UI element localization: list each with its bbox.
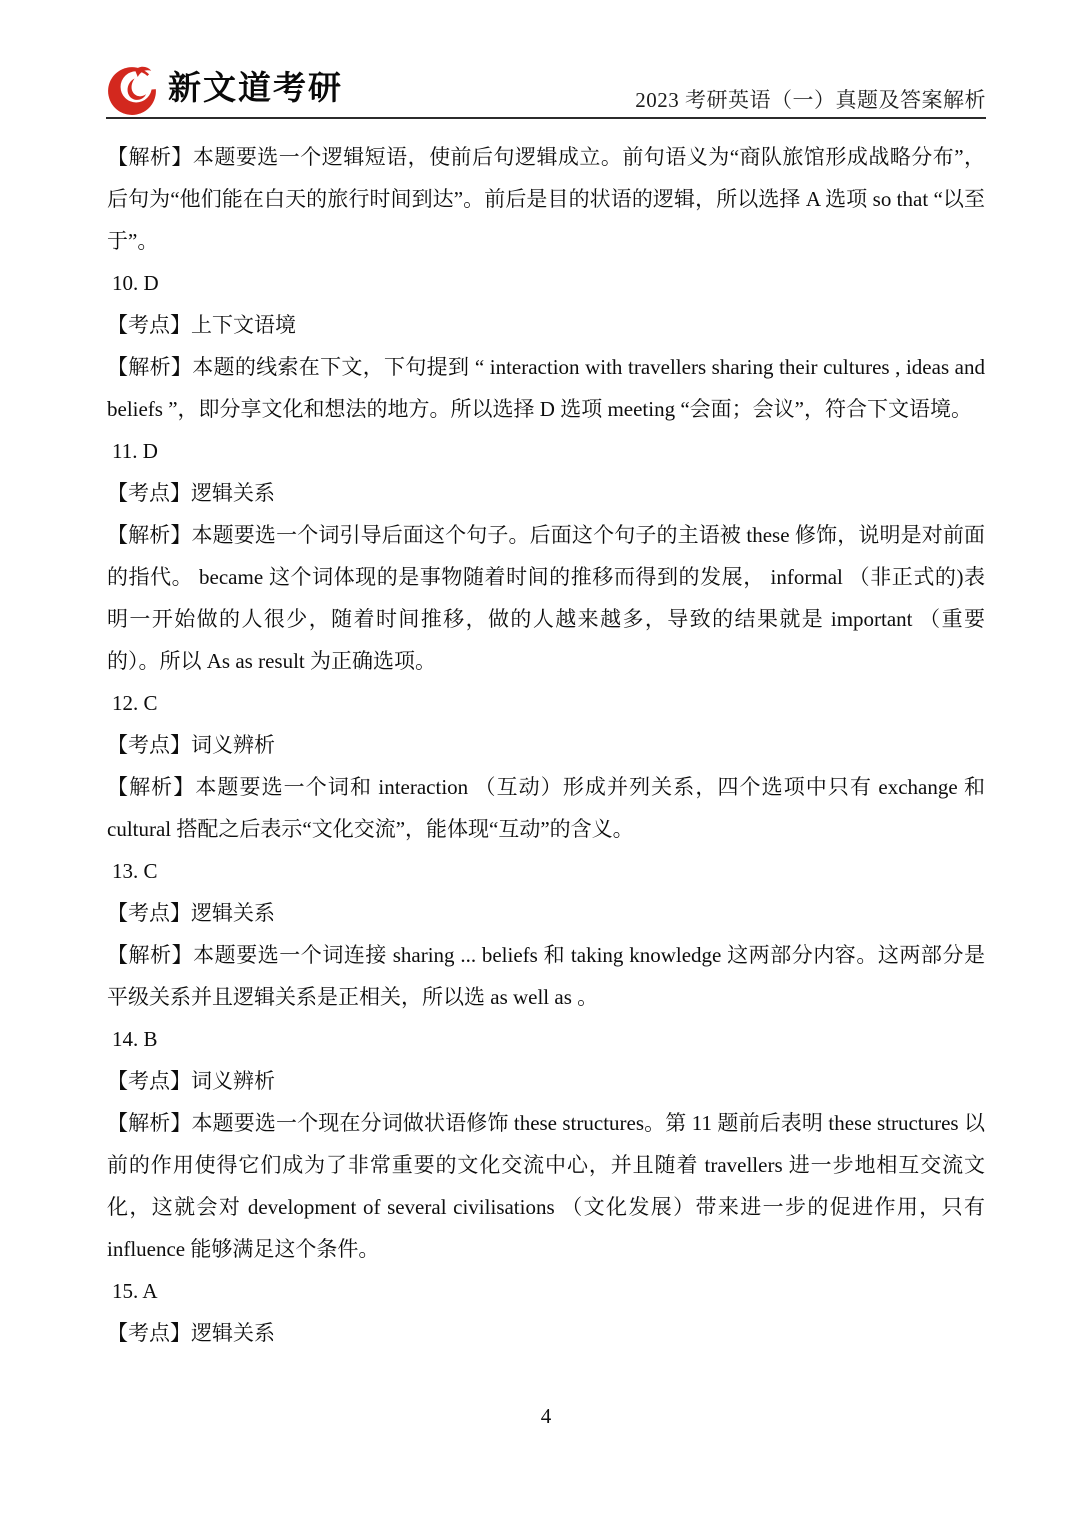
brand-name: 新文道考研	[168, 71, 343, 110]
answer-line: 15. A	[107, 1270, 985, 1312]
exam-point-line: 【考点】逻辑关系	[107, 1312, 985, 1354]
analysis-paragraph: 【解析】本题要选一个词和 interaction （互动）形成并列关系，四个选项…	[107, 766, 985, 850]
analysis-paragraph: 【解析】本题要选一个词引导后面这个句子。后面这个句子的主语被 these 修饰，…	[107, 514, 985, 682]
analysis-paragraph: 【解析】本题要选一个现在分词做状语修饰 these structures。第 1…	[107, 1102, 985, 1270]
answer-line: 12. C	[107, 682, 985, 724]
exam-point-line: 【考点】逻辑关系	[107, 472, 985, 514]
answer-line: 14. B	[107, 1018, 985, 1060]
document-title: 2023 考研英语（一）真题及答案解析	[635, 84, 986, 116]
analysis-paragraph: 【解析】本题要选一个逻辑短语，使前后句逻辑成立。前句语义为“商队旅馆形成战略分布…	[107, 136, 985, 262]
header-divider	[106, 117, 986, 119]
page-footer: 4	[0, 1404, 1092, 1429]
phoenix-logo-icon	[106, 64, 158, 116]
analysis-paragraph: 【解析】本题要选一个词连接 sharing ... beliefs 和 taki…	[107, 934, 985, 1018]
page-header: 新文道考研 2023 考研英语（一）真题及答案解析	[106, 58, 986, 116]
answer-line: 13. C	[107, 850, 985, 892]
exam-point-line: 【考点】逻辑关系	[107, 892, 985, 934]
answer-explanations: 【解析】本题要选一个逻辑短语，使前后句逻辑成立。前句语义为“商队旅馆形成战略分布…	[107, 136, 985, 1354]
answer-line: 10. D	[107, 262, 985, 304]
page-number: 4	[541, 1404, 552, 1428]
exam-point-line: 【考点】上下文语境	[107, 304, 985, 346]
document-page: 新文道考研 2023 考研英语（一）真题及答案解析 【解析】本题要选一个逻辑短语…	[0, 0, 1092, 1535]
answer-line: 11. D	[107, 430, 985, 472]
exam-point-line: 【考点】词义辨析	[107, 1060, 985, 1102]
brand-logo: 新文道考研	[106, 64, 343, 116]
exam-point-line: 【考点】词义辨析	[107, 724, 985, 766]
analysis-paragraph: 【解析】本题的线索在下文，下句提到 “ interaction with tra…	[107, 346, 985, 430]
